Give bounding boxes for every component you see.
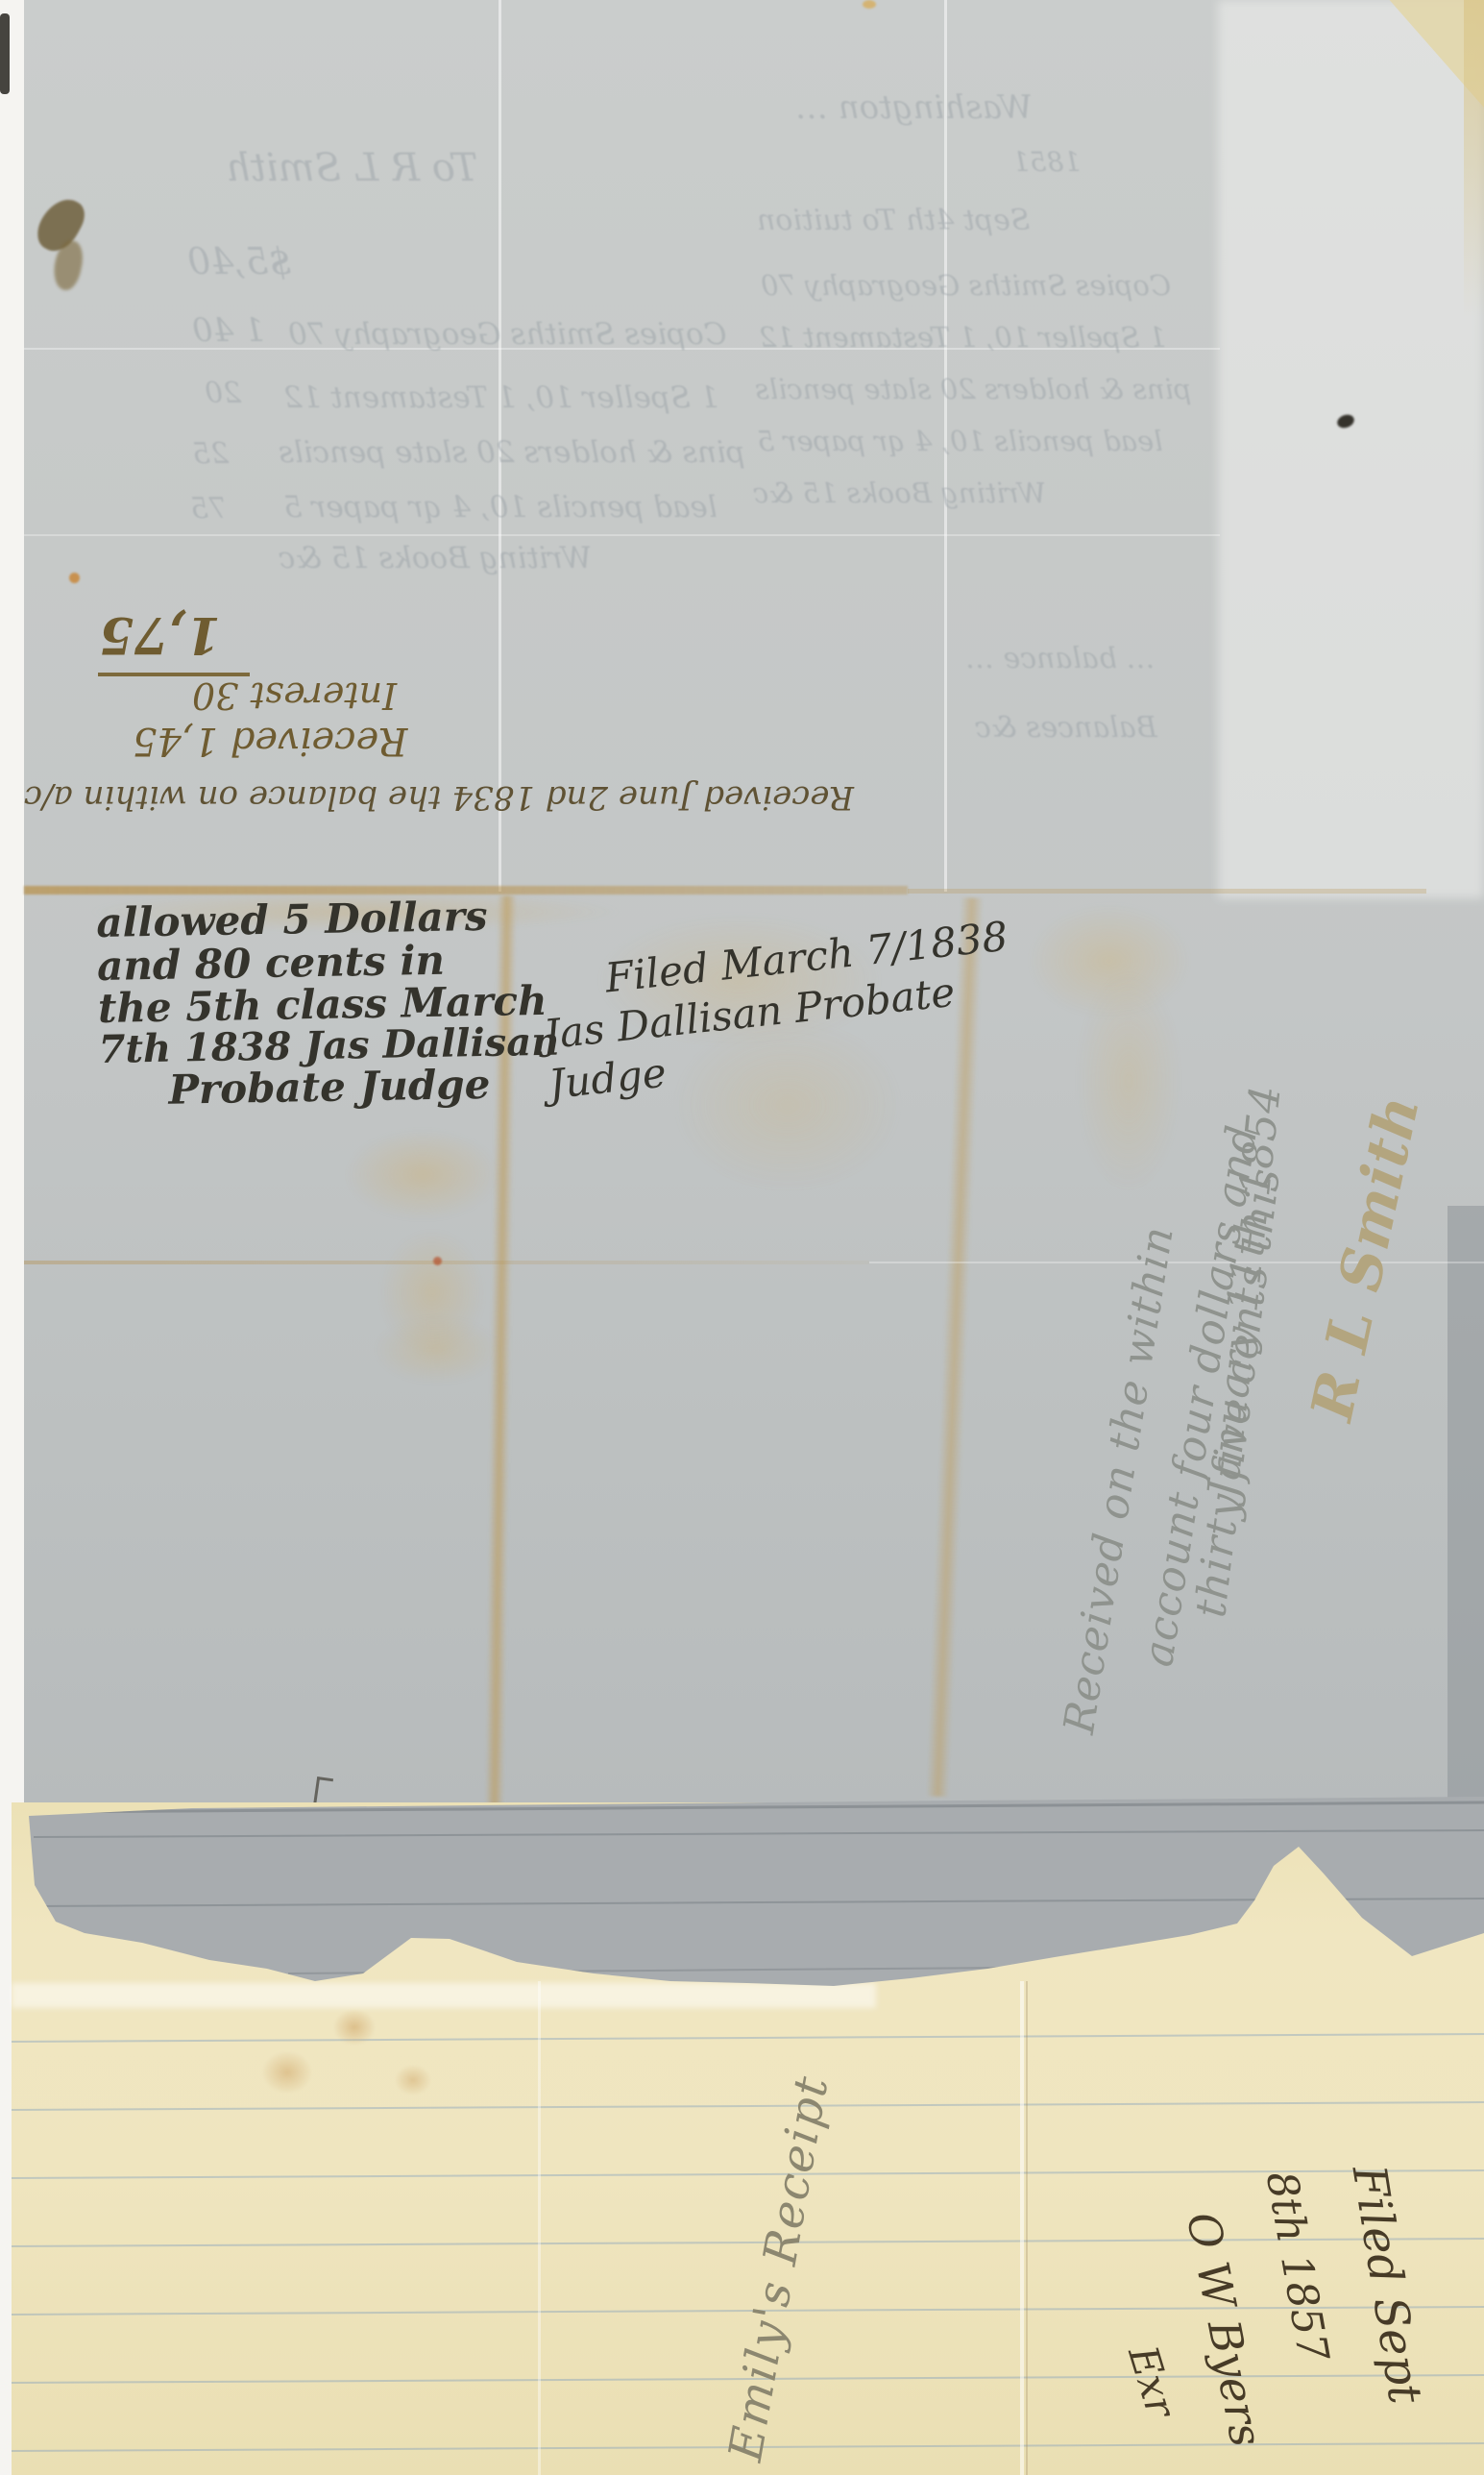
scanner-edge-slit [0, 13, 10, 94]
scanned-document-page: Washington … 1851 Sept 4th To tuition To… [0, 0, 1484, 2475]
torn-gray-strip [0, 0, 1484, 2475]
